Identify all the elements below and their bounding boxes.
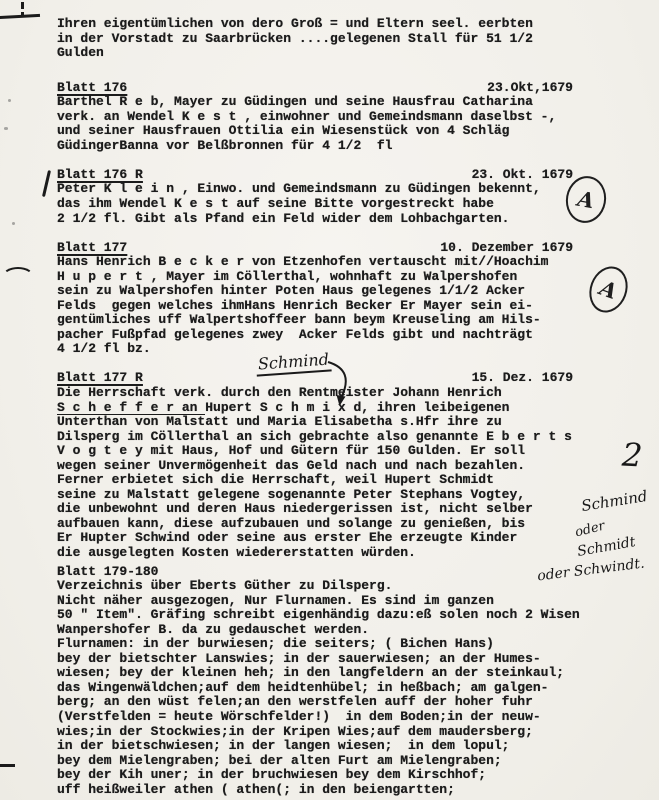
entry-date: 15. Dez. 1679: [472, 371, 573, 386]
entry-date: 10. Dezember 1679: [440, 241, 573, 256]
text-line: die unbewohnt und deren Haus niedergeris…: [57, 502, 573, 517]
text-line: bey dem Mielengraben; bei der alten Furt…: [57, 754, 573, 769]
text-line: in der Vorstadt zu Saarbrücken ....geleg…: [57, 32, 573, 47]
margin-number-note: 2: [621, 435, 643, 474]
text-line: Peter K l e i n , Einwo. und Gemeindsman…: [57, 182, 573, 197]
text-line: Wanpershofer B. da zu gedauschet werden.: [57, 623, 573, 638]
text-line: bey der bietschter Lanswies; in der saue…: [57, 652, 573, 667]
text-line: das ihm Wendel K e s t auf seine Bitte v…: [57, 197, 573, 212]
margin-stroke-bottom: [0, 764, 15, 767]
text-line: Ferner erbietet sich die Herrschaft, wei…: [57, 473, 573, 488]
text-line: Hans Henrich B e c k e r von Etzenhofen …: [57, 255, 573, 270]
text-line: sein zu Walpershofen hinter Poten Haus g…: [57, 284, 573, 299]
circled-letter: A: [597, 275, 621, 304]
text-line: Flurnamen: in der burwiesen; die seiters…: [57, 637, 573, 652]
text-line: 50 " Item". Gräfing schreibt eigenhändig…: [57, 608, 573, 623]
margin-note-oder: oder: [574, 519, 607, 541]
text-line: Unterthan von Malstatt und Maria Elisabe…: [57, 415, 573, 430]
text-line: H u p e r t , Mayer im Cöllerthal, wohnh…: [57, 270, 573, 285]
entry-heading: Blatt 176 R: [57, 168, 143, 183]
text-line: Ihren eigentümlichen von dero Groß = und…: [57, 17, 573, 32]
entry-heading-row: Blatt 17623.Okt,1679: [57, 81, 573, 96]
scan-speck: [8, 99, 11, 102]
margin-note-schmind: Schmind: [580, 487, 649, 515]
text-line: Er Hupter Schwind oder seine aus erster …: [57, 531, 573, 546]
entry-blatt-177: Blatt 17710. Dezember 1679Hans Henrich B…: [57, 241, 573, 357]
text-line: berg; an den wüst felen;an den werstfele…: [57, 695, 573, 710]
annotation-arrow-icon: [300, 358, 360, 408]
text-line: bey der Kih uner; in der bruchwiesen bey…: [57, 768, 573, 783]
text-line: 2 1/2 fl. Gibt als Pfand ein Feld wider …: [57, 212, 573, 227]
text-line: seine zu Malstatt gelegene sogenannte Pe…: [57, 488, 573, 503]
text-line: Felds gegen welches ihmHans Henrich Beck…: [57, 299, 573, 314]
entry-heading-row: Blatt 179-180: [57, 565, 573, 580]
text-line: wies;in der Stockwies;in der Kripen Wies…: [57, 725, 573, 740]
text-line: GüdingerBanna vor Belßbronnen für 4 1/2 …: [57, 139, 573, 154]
entry-blatt-179-180: Blatt 179-180Verzeichnis über Eberts Güt…: [57, 565, 573, 798]
entry-heading-row: Blatt 176 R23. Okt. 1679: [57, 168, 573, 183]
text-line: wiesen; bey der kleinen heh; in den lang…: [57, 666, 573, 681]
entry-date: 23.Okt,1679: [487, 81, 573, 96]
margin-caret-mark: [2, 267, 34, 287]
circled-letter: A: [576, 186, 596, 213]
text-line: verk. an Wendel K e s t , einwohner und …: [57, 110, 573, 125]
entry-heading-row: Blatt 17710. Dezember 1679: [57, 241, 573, 256]
text-line: wegen seiner Unvermögenheit das Geld nac…: [57, 459, 573, 474]
text-line: uff heißweiler athen ( athen(; in den be…: [57, 783, 573, 798]
margin-mark: [21, 2, 24, 9]
text-line: aufbauen kann, diese aufzubauen und sola…: [57, 517, 573, 532]
text-line: und seiner Hausfrauen Ottilia ein Wiesen…: [57, 124, 573, 139]
text-line: Gulden: [57, 46, 573, 61]
text-line: gentümliches uff Walpertshoffeer bann be…: [57, 313, 573, 328]
entry-blatt-176: Blatt 17623.Okt,1679Barthel R e b, Mayer…: [57, 81, 573, 154]
entry-heading: Blatt 177 R: [57, 371, 143, 386]
scheffer-underline-stroke: [57, 414, 205, 416]
entry-date: 23. Okt. 1679: [472, 168, 573, 183]
circled-a-annotation: A: [583, 261, 634, 318]
text-line: Nicht näher ausgezogen, Nur Flurnamen. E…: [57, 594, 573, 609]
text-line: das Wingenwäldchen;auf dem heidtenhübel;…: [57, 681, 573, 696]
margin-mark: [21, 12, 24, 16]
scan-speck: [4, 127, 8, 130]
text-line: Verzeichnis über Eberts Güther zu Dilspe…: [57, 579, 573, 594]
entries-container: Blatt 17623.Okt,1679Barthel R e b, Mayer…: [57, 81, 573, 798]
text-line: in der bietschwiesen; in der langen wies…: [57, 739, 573, 754]
text-line: die ausgelegten Kosten wiedererstatten w…: [57, 546, 573, 561]
scanned-document-page: Ihren eigentümlichen von dero Groß = und…: [0, 0, 659, 800]
entry-blatt-176-r: Blatt 176 R23. Okt. 1679Peter K l e i n …: [57, 168, 573, 226]
text-line: pacher Fußpfad gelegenes zwey Acker Feld…: [57, 328, 573, 343]
text-line: Dilsperg im Cöllerthal an sich gebrachte…: [57, 430, 573, 445]
intro-paragraph: Ihren eigentümlichen von dero Groß = und…: [57, 17, 573, 61]
margin-slash-mark: [42, 170, 51, 197]
text-line: (Verstfelden = heute Wörschfelder!) in d…: [57, 710, 573, 725]
entry-heading: Blatt 176: [57, 81, 127, 96]
entry-heading: Blatt 179-180: [57, 565, 158, 580]
entry-heading: Blatt 177: [57, 241, 127, 256]
text-line: Barthel R e b, Mayer zu Güdingen und sei…: [57, 95, 573, 110]
scan-speck: [12, 222, 15, 225]
text-line: V o g t e y mit Haus, Hof und Gütern für…: [57, 444, 573, 459]
